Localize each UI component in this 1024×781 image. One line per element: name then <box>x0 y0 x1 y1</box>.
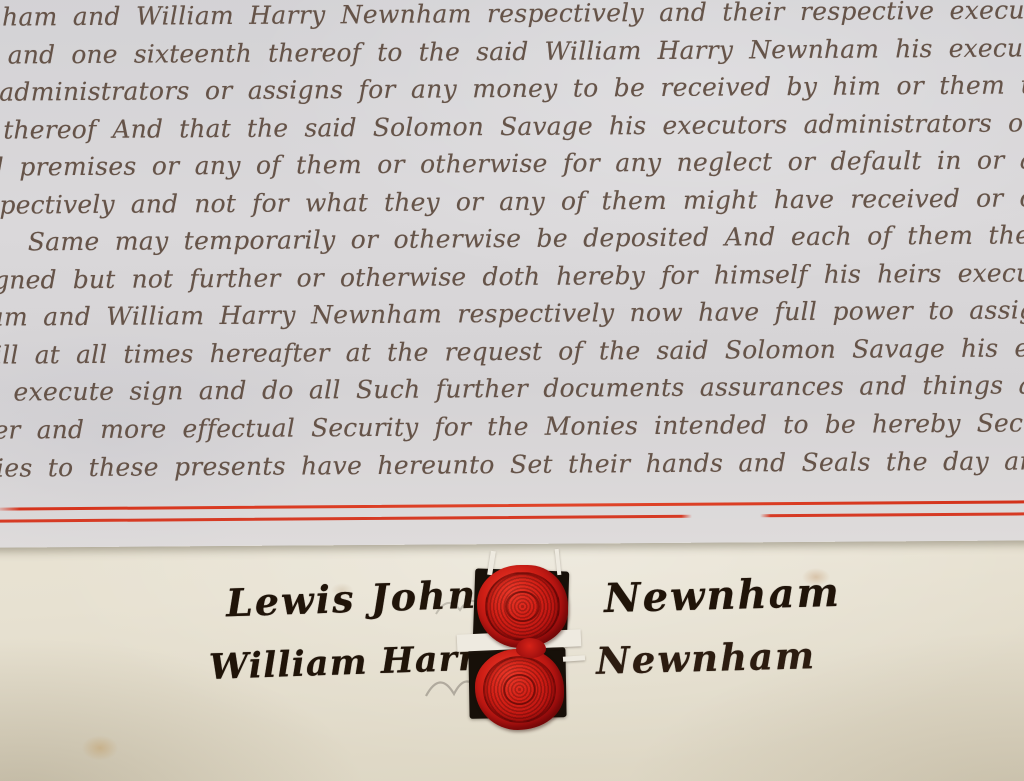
signature-given-names-lewis-john: Lewis John <box>225 572 478 626</box>
signature-surname-newnham-2: Newnham <box>595 633 816 683</box>
deed-text-sheet: onham and William Harry Newnham respecti… <box>0 0 1024 548</box>
red-wax-seal-bottom <box>475 649 564 730</box>
handwritten-text-block: onham and William Harry Newnham respecti… <box>0 0 1024 487</box>
wax-drip <box>516 638 546 658</box>
signature-surname-newnham-1: Newnham <box>603 569 841 622</box>
red-ruling-line-lower <box>0 512 1024 522</box>
red-wax-seal-top <box>477 565 568 648</box>
red-ruling-line-upper <box>0 500 1024 511</box>
deed-photograph: Lewis John William Harry Newnham Newnham… <box>0 0 1024 781</box>
handwritten-line: rties to these presents have hereunto Se… <box>0 441 1024 487</box>
